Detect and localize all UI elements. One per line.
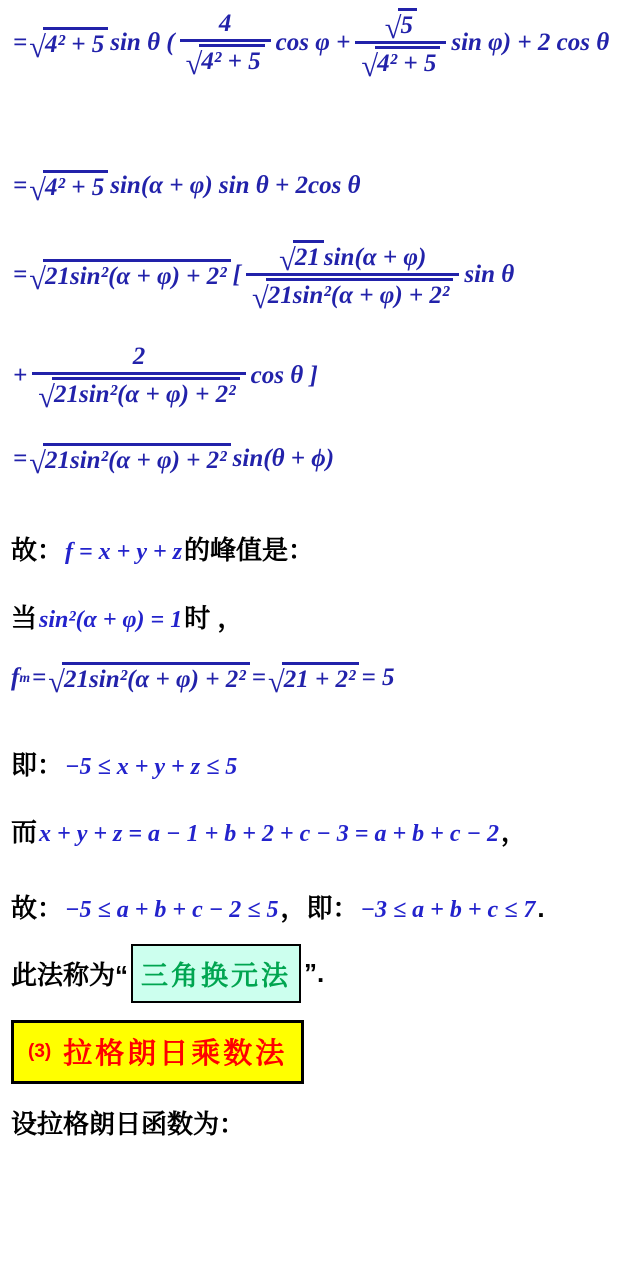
sqrt-expression: √21sin²(α + φ) + 2²	[38, 377, 239, 409]
equals-sign: =	[30, 664, 48, 692]
formula-line-fm: fm = √21sin²(α + φ) + 2² = √21 + 2² = 5	[11, 662, 396, 694]
sqrt-expression: √21sin²(α + φ) + 2²	[29, 443, 230, 475]
sqrt-expression: √21	[279, 240, 324, 272]
formula-line-1: = √4² + 5 sin θ ( 4 √4² + 5 cos φ + √5 √…	[11, 8, 611, 78]
denominator: √21sin²(α + φ) + 2²	[246, 273, 459, 310]
cn-text: 的峰值是：	[184, 530, 314, 567]
radical-icon: √	[268, 669, 285, 696]
cn-text: 故：	[11, 888, 63, 925]
radical-icon: √	[29, 177, 46, 204]
math-text: sin(α + φ)	[324, 244, 426, 272]
math-text: sin φ) + 2 cos θ	[449, 29, 611, 57]
sqrt-expression: √5	[385, 8, 417, 40]
radical-icon: √	[385, 15, 402, 42]
denominator: √21sin²(α + φ) + 2²	[32, 372, 245, 409]
radicand: 21sin²(α + φ) + 2²	[52, 377, 240, 409]
sqrt-expression: √21sin²(α + φ) + 2²	[48, 662, 249, 694]
equals-sign: =	[11, 29, 29, 57]
radical-icon: √	[38, 384, 55, 411]
cn-text: ”.	[304, 958, 324, 989]
math-text: 4	[219, 10, 232, 38]
open-bracket: [	[231, 261, 243, 289]
fraction: 4 √4² + 5	[180, 10, 271, 76]
sqrt-expression: √4² + 5	[29, 27, 108, 59]
section-header-box: (3) 拉格朗日乘数法	[11, 1020, 304, 1084]
cn-text: ，	[501, 812, 527, 849]
text-line-condition: 当 sin²(α + φ) = 1 时 ，	[11, 598, 243, 635]
radicand: 4² + 5	[43, 27, 108, 59]
math-text: 2	[133, 343, 146, 371]
cn-text: 故：	[11, 530, 63, 567]
math-var: f	[11, 664, 19, 692]
radicand: 21sin²(α + φ) + 2²	[43, 259, 231, 291]
radicand: 21 + 2²	[282, 662, 360, 694]
denominator: √4² + 5	[355, 41, 446, 78]
plus-sign: +	[11, 362, 29, 390]
formula-line-2: = √4² + 5 sin(α + φ) sin θ + 2cos θ	[11, 170, 363, 202]
fraction: √5 √4² + 5	[355, 8, 446, 78]
section-title: 拉格朗日乘数法	[63, 1031, 287, 1072]
radical-icon: √	[252, 285, 269, 312]
inline-math: f = x + y + z	[63, 539, 184, 566]
equals-sign: =	[250, 664, 268, 692]
fraction: 2 √21sin²(α + φ) + 2²	[32, 343, 245, 409]
radicand: 4² + 5	[43, 170, 108, 202]
sqrt-expression: √21 + 2²	[268, 662, 360, 694]
equals-sign: =	[11, 445, 29, 473]
radical-icon: √	[279, 247, 296, 274]
cn-text: 即：	[11, 745, 63, 782]
radicand: 21sin²(α + φ) + 2²	[62, 662, 250, 694]
radicand: 21sin²(α + φ) + 2²	[266, 278, 454, 310]
inline-math: sin²(α + φ) = 1	[37, 607, 184, 634]
math-text: sin θ	[462, 261, 516, 289]
math-text: cos φ +	[274, 29, 353, 57]
sqrt-expression: √4² + 5	[29, 170, 108, 202]
formula-line-4: + 2 √21sin²(α + φ) + 2² cos θ ]	[11, 343, 320, 409]
document-page: = √4² + 5 sin θ ( 4 √4² + 5 cos φ + √5 √…	[0, 0, 640, 1279]
cn-text: 时 ，	[184, 598, 243, 635]
math-text: sin(θ + ϕ)	[231, 445, 336, 473]
inline-math: −5 ≤ a + b + c − 2 ≤ 5	[63, 897, 280, 924]
text-line-inequality-1: 即： −5 ≤ x + y + z ≤ 5	[11, 745, 239, 782]
equals-sign: =	[11, 172, 29, 200]
highlight-box: 三角换元法	[131, 944, 301, 1003]
radicand: 21sin²(α + φ) + 2²	[43, 443, 231, 475]
sqrt-expression: √4² + 5	[361, 46, 440, 78]
radical-icon: √	[186, 51, 203, 78]
section-header-row: (3) 拉格朗日乘数法	[11, 1020, 304, 1084]
cn-text: 当	[11, 598, 37, 635]
radicand: 4² + 5	[375, 46, 440, 78]
radical-icon: √	[361, 53, 378, 80]
sqrt-expression: √21sin²(α + φ) + 2²	[252, 278, 453, 310]
cn-text: 此法称为“	[11, 955, 128, 992]
sqrt-expression: √21sin²(α + φ) + 2²	[29, 259, 230, 291]
radical-icon: √	[29, 266, 46, 293]
numerator: 2	[127, 343, 152, 372]
section-index: (3)	[28, 1041, 51, 1063]
formula-line-3: = √21sin²(α + φ) + 2² [ √21 sin(α + φ) √…	[11, 240, 516, 310]
radicand: 21	[293, 240, 324, 272]
text-line-inequality-2: 故： −5 ≤ a + b + c − 2 ≤ 5 ，即： −3 ≤ a + b…	[11, 888, 545, 925]
sqrt-expression: √4² + 5	[186, 44, 265, 76]
text-line-substitution: 而 x + y + z = a − 1 + b + 2 + c − 3 = a …	[11, 812, 527, 849]
equals-sign: =	[11, 261, 29, 289]
inline-math: −3 ≤ a + b + c ≤ 7	[358, 897, 537, 924]
cn-text: ，即：	[280, 888, 358, 925]
radical-icon: √	[29, 450, 46, 477]
text-line-method-name: 此法称为“ 三角换元法 ”.	[11, 944, 324, 1003]
cn-text: 设拉格朗日函数为：	[11, 1104, 245, 1141]
formula-line-5: = √21sin²(α + φ) + 2² sin(θ + ϕ)	[11, 443, 336, 475]
numerator: √5	[379, 8, 423, 41]
radical-icon: √	[29, 34, 46, 61]
inline-math: −5 ≤ x + y + z ≤ 5	[63, 754, 239, 781]
fraction: √21 sin(α + φ) √21sin²(α + φ) + 2²	[246, 240, 459, 310]
math-text: sin(α + φ) sin θ + 2cos θ	[108, 172, 362, 200]
text-line-lagrange-setup: 设拉格朗日函数为：	[11, 1104, 245, 1141]
inline-math: x + y + z = a − 1 + b + 2 + c − 3 = a + …	[37, 821, 501, 848]
text-line-peak-value: 故： f = x + y + z 的峰值是：	[11, 530, 314, 567]
cn-text: .	[537, 893, 544, 924]
numerator: 4	[213, 10, 238, 39]
math-text: sin θ (	[108, 29, 176, 57]
math-text: cos θ ]	[249, 362, 320, 390]
denominator: √4² + 5	[180, 39, 271, 76]
numerator: √21 sin(α + φ)	[273, 240, 432, 273]
radical-icon: √	[48, 669, 65, 696]
radicand: 4² + 5	[199, 44, 264, 76]
cn-text: 而	[11, 812, 37, 849]
math-text: = 5	[359, 664, 396, 692]
